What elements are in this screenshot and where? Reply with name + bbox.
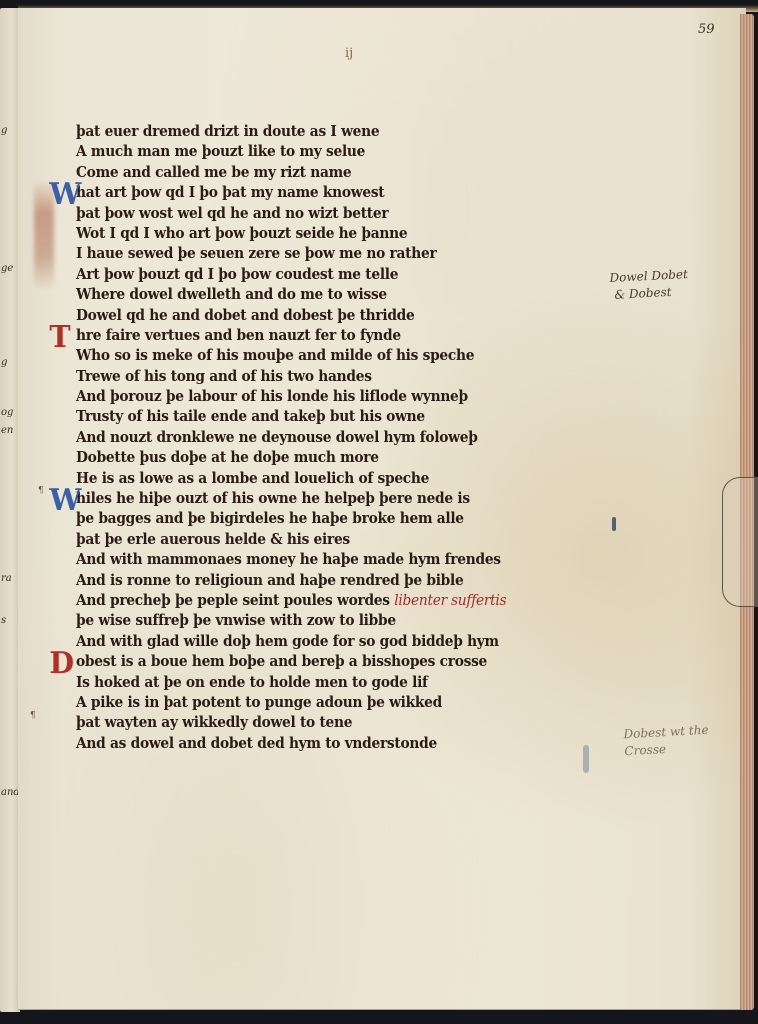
text-line: Who so is meke of his mouþe and milde of… [76, 346, 608, 366]
line-text: Wot I qd I who art þow þouzt seide he þa… [76, 225, 407, 242]
leaf-fragment: ra [1, 574, 12, 584]
line-text: þat þe erle auerous helde & his eires [76, 531, 350, 548]
line-text: þe bagges and þe bigirdeles he haþe brok… [76, 510, 464, 527]
line-text: Art þow þouzt qd I þo þow coudest me tel… [76, 266, 398, 283]
line-text: hiles he hiþe ouzt of his owne he helpeþ… [76, 490, 470, 507]
line-text: þe wise suffreþ þe vnwise with zow to li… [76, 612, 396, 629]
decorated-initial: T [49, 324, 70, 352]
text-line: Thre faire vertues and ben nauzt fer to … [76, 326, 608, 346]
text-line: What art þow qd I þo þat my name knowest [76, 183, 608, 203]
decorated-initial: D [49, 650, 73, 678]
paragraph-mark: ¶ [38, 486, 44, 496]
text-line: Wot I qd I who art þow þouzt seide he þa… [76, 224, 608, 244]
text-line: Dobette þus doþe at he doþe much more [76, 448, 608, 468]
line-text: þat wayten ay wikkedly dowel to tene [76, 714, 352, 731]
line-text: And precheþ þe peple seint poules wordes [76, 592, 394, 609]
text-line: A much man me þouzt like to my selue [76, 142, 608, 162]
line-text: Come and called me be my rizt name [76, 164, 351, 181]
text-line: And as dowel and dobet ded hym to vnders… [76, 734, 608, 754]
latin-rubric: libenter suffertis [394, 593, 506, 609]
line-text: Trewe of his tong and of his two handes [76, 368, 372, 385]
folio-number: 59 [698, 22, 715, 37]
line-text: And nouzt dronklewe ne deynouse dowel hy… [76, 429, 478, 446]
text-line: Trewe of his tong and of his two handes [76, 367, 608, 387]
leaf-fragment: g [1, 126, 7, 136]
paragraph-mark: ¶ [30, 711, 36, 721]
line-text: A pike is in þat potent to punge adoun þ… [76, 694, 442, 711]
line-text: Dowel qd he and dobet and dobest þe thri… [76, 307, 414, 324]
text-line: Dowel qd he and dobet and dobest þe thri… [76, 306, 608, 326]
previous-leaf-edge: g ge g og en ra s and [0, 8, 20, 1012]
line-text: obest is a boue hem boþe and bereþ a bis… [76, 653, 487, 670]
line-text: And is ronne to religioun and haþe rendr… [76, 572, 463, 589]
leaf-fragment: and [1, 788, 20, 798]
text-line: þe wise suffreþ þe vnwise with zow to li… [76, 611, 608, 631]
line-text: hre faire vertues and ben nauzt fer to f… [76, 327, 401, 344]
text-line: And is ronne to religioun and haþe rendr… [76, 571, 608, 591]
ink-blot [612, 517, 616, 531]
line-text: I haue sewed þe seuen zere se þow me no … [76, 245, 436, 262]
line-text: And þorouz þe labour of his londe his li… [76, 388, 468, 405]
line-text: And with glad wille doþ hem gode for so … [76, 633, 499, 650]
line-text: And as dowel and dobet ded hym to vnders… [76, 735, 437, 752]
line-text: Dobette þus doþe at he doþe much more [76, 449, 379, 466]
line-text: A much man me þouzt like to my selue [76, 143, 365, 160]
leaf-fragment: s [1, 616, 6, 626]
text-line: A pike is in þat potent to punge adoun þ… [76, 693, 608, 713]
leaf-fragment: ge [1, 264, 13, 274]
line-text: Is hoked at þe on ende to holde men to g… [76, 674, 428, 691]
line-text: hat art þow qd I þo þat my name knowest [76, 184, 384, 201]
book-clasp-strap [722, 477, 758, 607]
text-line: And nouzt dronklewe ne deynouse dowel hy… [76, 428, 608, 448]
text-line: And precheþ þe peple seint poules wordes… [76, 591, 608, 611]
text-line: þat þe erle auerous helde & his eires [76, 530, 608, 550]
line-text: þat þow wost wel qd he and no wizt bette… [76, 205, 388, 222]
leaf-fragment: og [1, 408, 13, 418]
text-line: Whiles he hiþe ouzt of his owne he helpe… [76, 489, 608, 509]
margin-note-dobest-crosse: Dobest wt the Crosse [623, 722, 710, 760]
text-line: I haue sewed þe seuen zere se þow me no … [76, 244, 608, 264]
text-line: He is as lowe as a lombe and louelich of… [76, 469, 608, 489]
text-line: þat euer dremed drizt in doute as I wene [76, 122, 608, 142]
text-line: þat wayten ay wikkedly dowel to tene [76, 713, 608, 733]
margin-note-dowel-dobet-dobest: Dowel Dobet & Dobest [609, 266, 689, 304]
quire-mark: ij [345, 46, 353, 61]
text-line: þat þow wost wel qd he and no wizt bette… [76, 204, 608, 224]
text-line: þe bagges and þe bigirdeles he haþe brok… [76, 509, 608, 529]
text-line: And with glad wille doþ hem gode for so … [76, 632, 608, 652]
text-line: Trusty of his taile ende and takeþ but h… [76, 407, 608, 427]
line-text: He is as lowe as a lombe and louelich of… [76, 470, 429, 487]
text-line: Where dowel dwelleth and do me to wisse [76, 285, 608, 305]
line-text: Where dowel dwelleth and do me to wisse [76, 286, 387, 303]
line-text: Who so is meke of his mouþe and milde of… [76, 347, 474, 364]
text-line: And with mammonaes money he haþe made hy… [76, 550, 608, 570]
ink-blot [583, 745, 589, 773]
leaf-fragment: en [1, 426, 13, 436]
line-text: And with mammonaes money he haþe made hy… [76, 551, 501, 568]
line-text: þat euer dremed drizt in doute as I wene [76, 123, 379, 140]
text-line: Is hoked at þe on ende to holde men to g… [76, 673, 608, 693]
text-block: þat euer dremed drizt in doute as I wene… [76, 122, 636, 754]
text-line: Art þow þouzt qd I þo þow coudest me tel… [76, 265, 608, 285]
text-line: Come and called me be my rizt name [76, 163, 608, 183]
leaf-fragment: g [1, 358, 7, 368]
line-text: Trusty of his taile ende and takeþ but h… [76, 408, 425, 425]
text-line: And þorouz þe labour of his londe his li… [76, 387, 608, 407]
text-line: Dobest is a boue hem boþe and bereþ a bi… [76, 652, 608, 672]
